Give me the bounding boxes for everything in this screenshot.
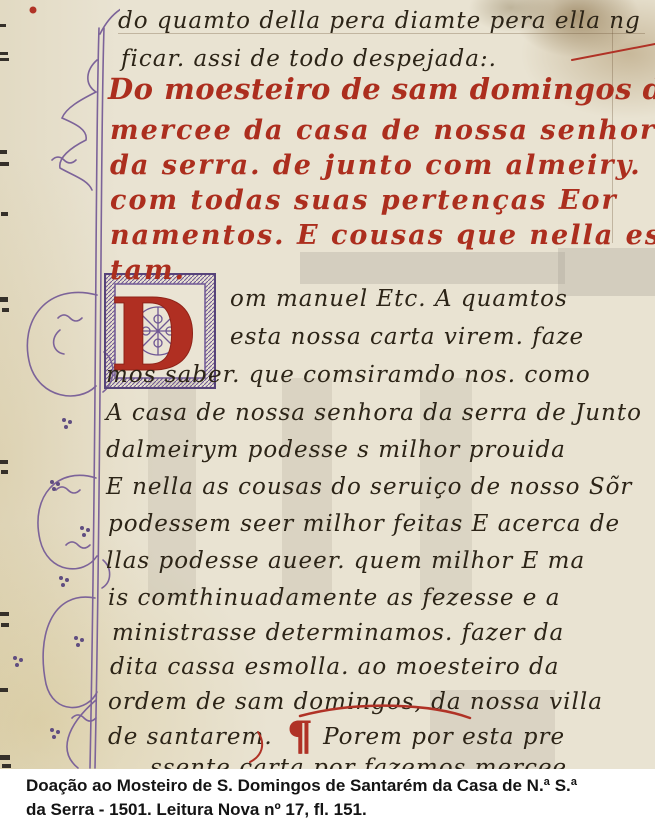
body-line: A casa de nossa senhora da serra de Junt… [106, 400, 642, 426]
rubric-line: da serra. de junto com almeiry. [110, 150, 642, 181]
body-line: podessem seer milhor feitas E acerca de [108, 511, 620, 537]
rubric-line: com todas suas pertenças Eor [110, 185, 618, 216]
caption-area: Doação ao Mosteiro de S. Domingos de San… [0, 769, 655, 829]
penwork-dot-clusters [13, 418, 90, 739]
body-line-segment: Porem por esta pre [323, 724, 565, 750]
pilcrow-icon: ¶ [287, 727, 313, 747]
caption-line-1: Doação ao Mosteiro de S. Domingos de San… [26, 776, 577, 796]
manuscript-screenshot: D do quamto della pera diamte pera ella … [0, 0, 655, 829]
rubric-line: mercee da casa de nossa senhora [110, 115, 655, 146]
marginal-flourish [0, 0, 120, 769]
body-line: is comthinuadamente as fezesse e a [108, 585, 560, 611]
body-line: E nella as cousas do seruiço de nosso Sõ… [106, 474, 632, 500]
text-line: ficar. assi de todo despejada:. [121, 46, 497, 72]
rubric-line: namentos. E cousas que nella es [110, 220, 655, 251]
body-line: ordem de sam domingos, da nossa villa [108, 689, 603, 715]
rubric-heading: Do moesteiro de sam domingos de sãtarẽ. [108, 72, 655, 106]
body-line: dita cassa esmolla. ao moesteiro da [110, 654, 559, 680]
clipped-body-line: ssente carta por fazemos merçee [150, 755, 567, 769]
text-line: do quamto della pera diamte pera ella ng [118, 8, 641, 34]
body-line: esta nossa carta virem. faze [230, 324, 584, 350]
page-edge-marks [0, 24, 11, 768]
body-line: llas podesse aueer. quem milhor E ma [106, 548, 585, 574]
body-line-segment: de santarem. [108, 724, 273, 750]
rubric-line: tam. [110, 255, 186, 286]
body-line: om manuel Etc. A quamtos [230, 286, 568, 312]
body-line: mos saber. que comsiramdo nos. como [106, 362, 591, 388]
body-line: ministrasse determinamos. fazer da [112, 620, 564, 646]
manuscript-folio: D do quamto della pera diamte pera ella … [0, 0, 655, 769]
caption-line-2: da Serra - 1501. Leitura Nova nº 17, fl.… [26, 800, 367, 820]
body-line-with-pilcrow: de santarem.¶Porem por esta pre [108, 724, 565, 750]
body-line: dalmeirym podesse s milhor prouida [106, 437, 566, 463]
